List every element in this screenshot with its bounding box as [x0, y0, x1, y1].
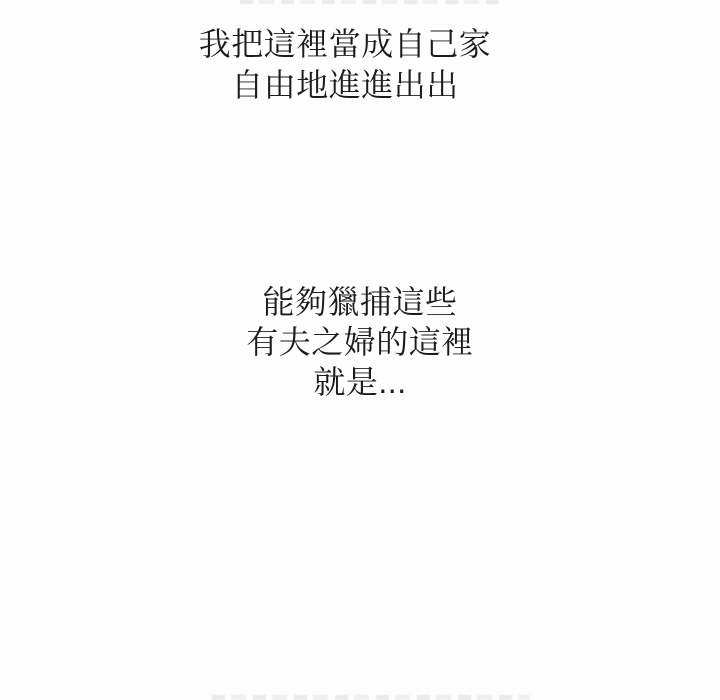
narration-block-1: 我把這裡當成自己家 自由地進進出出 [0, 24, 690, 106]
narration-line: 能夠獵捕這些 [0, 282, 720, 322]
bottom-cutoff-text-fragment [212, 695, 530, 700]
narration-line: 自由地進進出出 [0, 65, 690, 106]
narration-line: 就是... [0, 362, 720, 402]
top-cutoff-text-fragment [240, 0, 502, 4]
narration-block-2: 能夠獵捕這些 有夫之婦的這裡 就是... [0, 282, 720, 402]
comic-page: 我把這裡當成自己家 自由地進進出出 能夠獵捕這些 有夫之婦的這裡 就是... [0, 0, 720, 700]
narration-line: 有夫之婦的這裡 [0, 322, 720, 362]
narration-line: 我把這裡當成自己家 [0, 24, 690, 65]
